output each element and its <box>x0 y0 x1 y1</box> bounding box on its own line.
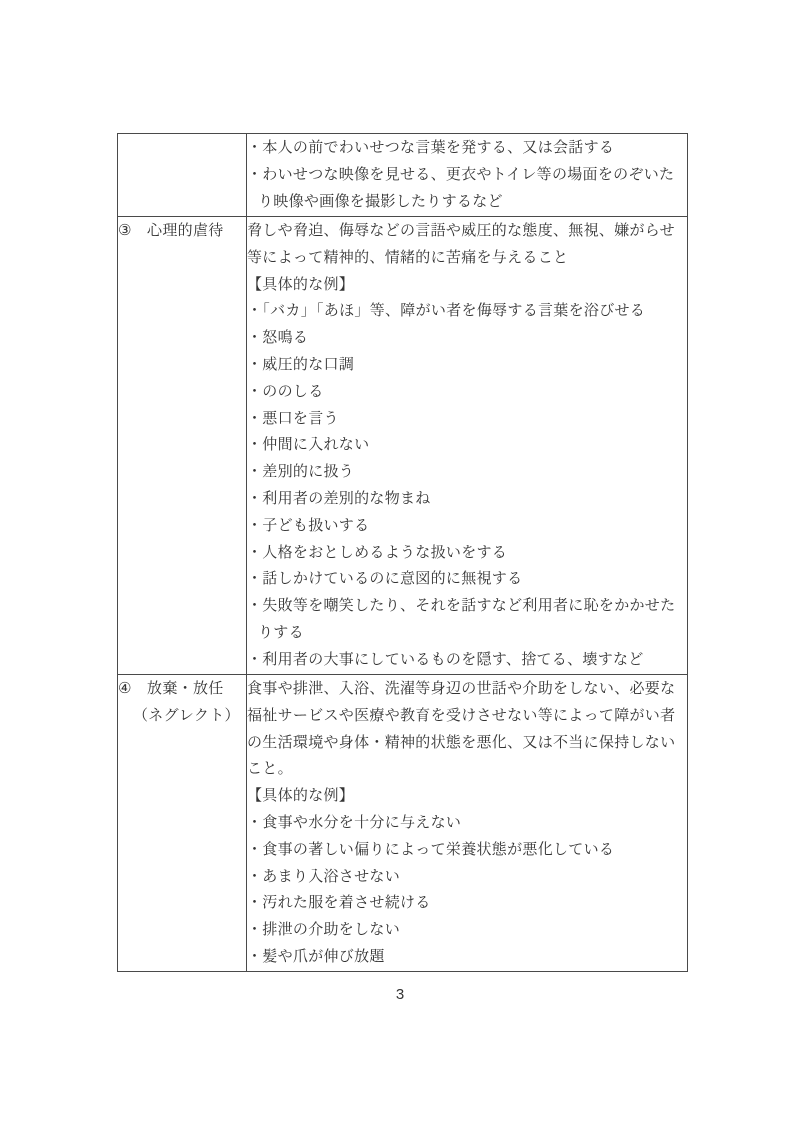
content-line: 【具体的な例】 <box>247 783 685 810</box>
label-line: （ネグレクト） <box>118 703 244 730</box>
content-line: ・子ども扱いする <box>247 513 685 540</box>
page-number: 3 <box>0 982 800 1008</box>
label-line: ③ 心理的虐待 <box>118 218 244 245</box>
content-line: ・仲間に入れない <box>247 432 685 459</box>
row-label-cell: ④ 放棄・放任（ネグレクト） <box>118 675 247 972</box>
content-line: ・失敗等を嘲笑したり、それを話すなど利用者に恥をかかせた <box>247 593 685 620</box>
content-line: ・髪や爪が伸び放題 <box>247 944 685 971</box>
content-line: ・怒鳴る <box>247 325 685 352</box>
row-label-cell: ③ 心理的虐待 <box>118 217 247 675</box>
row-content-cell: 食事や排泄、入浴、洗濯等身辺の世話や介助をしない、必要な福祉サービスや医療や教育… <box>247 675 688 972</box>
label-line: ④ 放棄・放任 <box>118 676 244 703</box>
document-page: ・本人の前でわいせつな言葉を発する、又は会話する・わいせつな映像を見せる、更衣や… <box>0 0 800 1131</box>
content-line: ・本人の前でわいせつな言葉を発する、又は会話する <box>247 135 685 162</box>
content-line: ・利用者の差別的な物まね <box>247 486 685 513</box>
abuse-types-table: ・本人の前でわいせつな言葉を発する、又は会話する・わいせつな映像を見せる、更衣や… <box>117 133 688 972</box>
content-line: 等によって精神的、情緒的に苦痛を与えること <box>247 245 685 272</box>
content-line: 福祉サービスや医療や教育を受けさせない等によって障がい者 <box>247 703 685 730</box>
content-line: ・わいせつな映像を見せる、更衣やトイレ等の場面をのぞいた <box>247 162 685 189</box>
content-line: ・あまり入浴させない <box>247 864 685 891</box>
content-line: ・人格をおとしめるような扱いをする <box>247 540 685 567</box>
content-line: ・ののしる <box>247 379 685 406</box>
content-line: りする <box>247 620 685 647</box>
content-line: ・排泄の介助をしない <box>247 917 685 944</box>
content-line: り映像や画像を撮影したりするなど <box>247 189 685 216</box>
content-line: ・「バカ」「あほ」等、障がい者を侮辱する言葉を浴びせる <box>247 298 685 325</box>
row-content-cell: ・本人の前でわいせつな言葉を発する、又は会話する・わいせつな映像を見せる、更衣や… <box>247 134 688 217</box>
content-line: 脅しや脅迫、侮辱などの言語や威圧的な態度、無視、嫌がらせ <box>247 218 685 245</box>
content-line: 食事や排泄、入浴、洗濯等身辺の世話や介助をしない、必要な <box>247 676 685 703</box>
content-line: こと。 <box>247 756 685 783</box>
table-row: ③ 心理的虐待脅しや脅迫、侮辱などの言語や威圧的な態度、無視、嫌がらせ等によって… <box>118 217 688 675</box>
content-line: ・食事や水分を十分に与えない <box>247 810 685 837</box>
content-line: の生活環境や身体・精神的状態を悪化、又は不当に保持しない <box>247 730 685 757</box>
table-row: ・本人の前でわいせつな言葉を発する、又は会話する・わいせつな映像を見せる、更衣や… <box>118 134 688 217</box>
content-line: ・威圧的な口調 <box>247 352 685 379</box>
content-line: ・食事の著しい偏りによって栄養状態が悪化している <box>247 837 685 864</box>
content-line: ・汚れた服を着させ続ける <box>247 890 685 917</box>
content-line: ・悪口を言う <box>247 406 685 433</box>
content-line: ・差別的に扱う <box>247 459 685 486</box>
content-line: 【具体的な例】 <box>247 272 685 299</box>
row-label-cell <box>118 134 247 217</box>
row-content-cell: 脅しや脅迫、侮辱などの言語や威圧的な態度、無視、嫌がらせ等によって精神的、情緒的… <box>247 217 688 675</box>
content-line: ・話しかけているのに意図的に無視する <box>247 566 685 593</box>
content-line: ・利用者の大事にしているものを隠す、捨てる、壊すなど <box>247 647 685 674</box>
table-row: ④ 放棄・放任（ネグレクト）食事や排泄、入浴、洗濯等身辺の世話や介助をしない、必… <box>118 675 688 972</box>
